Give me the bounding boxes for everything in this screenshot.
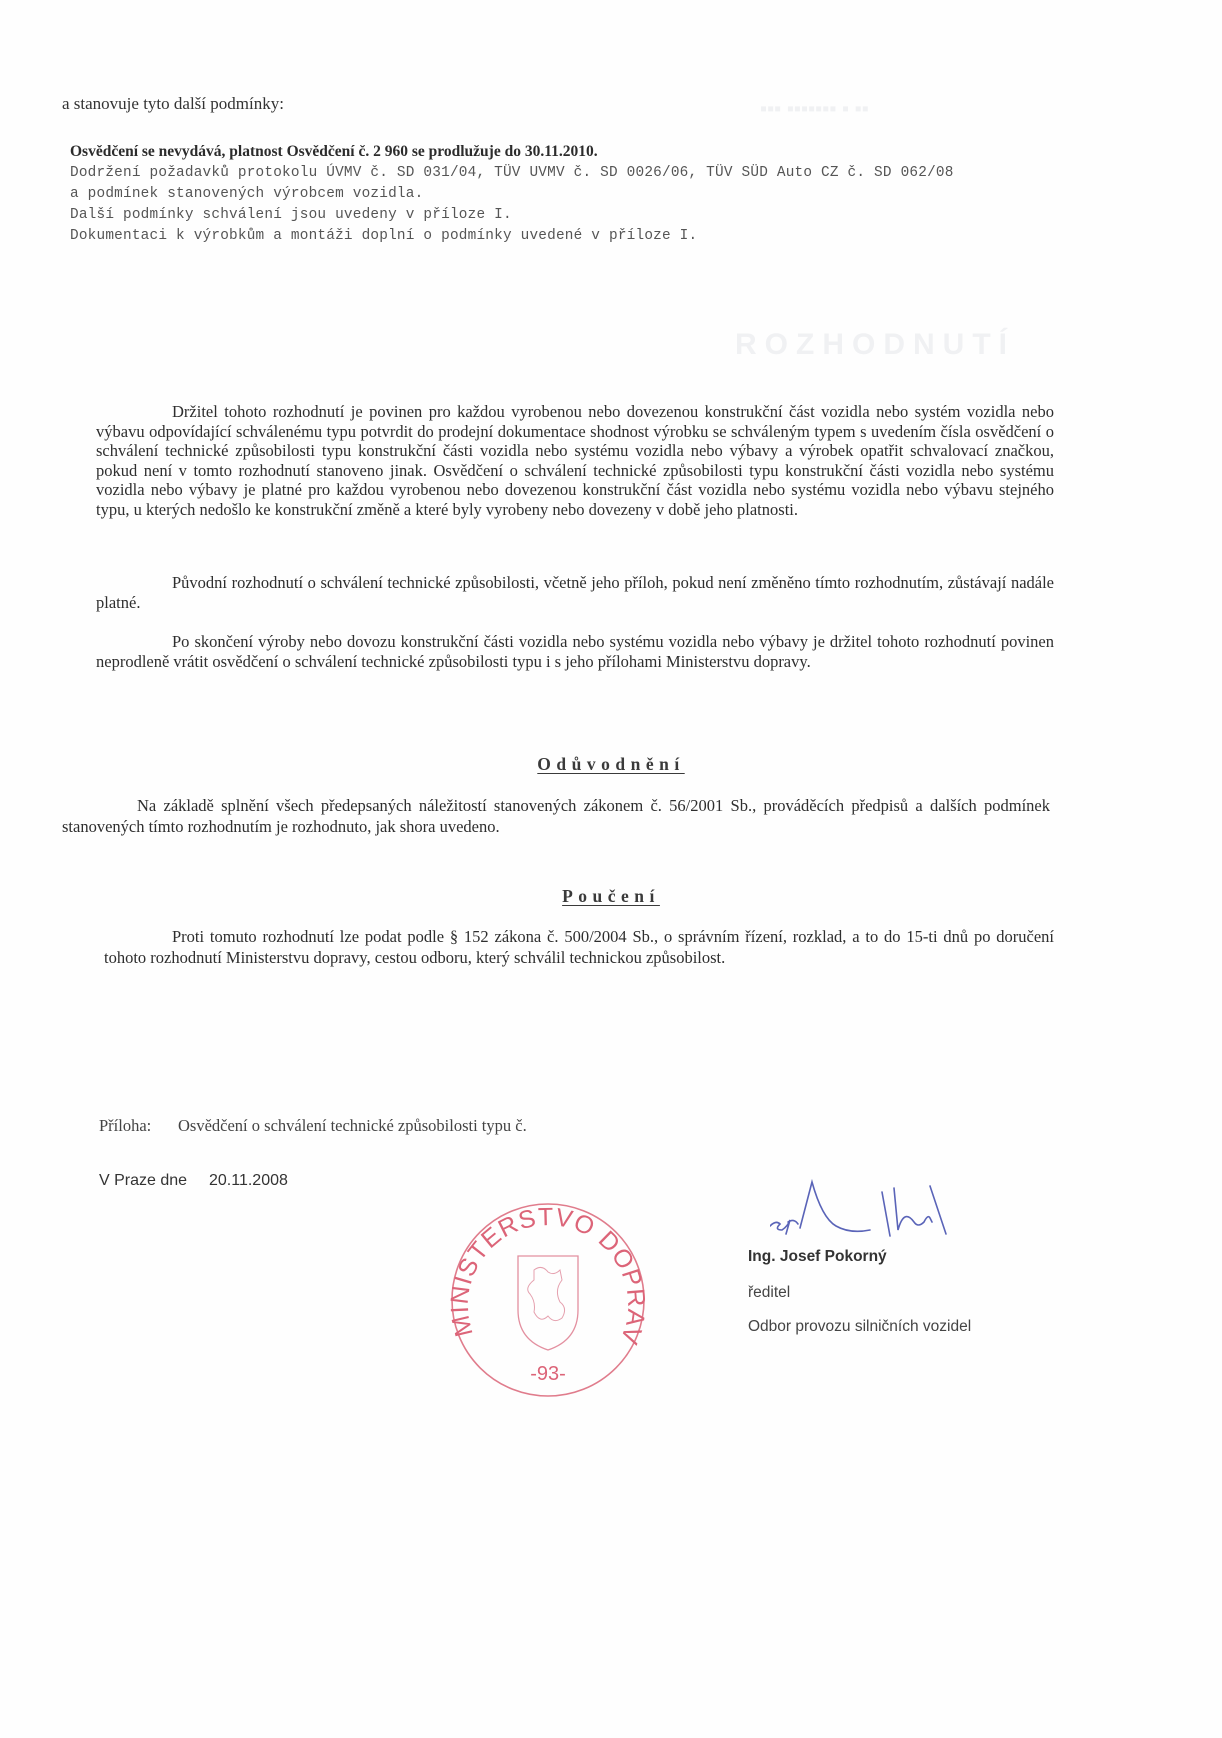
signer-department: Odbor provozu silničních vozidel: [748, 1318, 971, 1336]
instruction-heading: Poučení: [0, 886, 1222, 907]
document-page: ▪▪▪ ▪▪▪▪▪▪▪ ▪ ▪▪ ROZHODNUTÍ a stanovuje …: [0, 0, 1222, 1738]
attachment-value: Osvědčení o schválení technické způsobil…: [178, 1116, 527, 1135]
justification-paragraph: Na základě splnění všech předepsaných ná…: [62, 795, 1050, 837]
condition-line: Dokumentaci k výrobkům a montáži doplní …: [70, 226, 954, 247]
signer-name: Ing. Josef Pokorný: [748, 1248, 887, 1266]
attachment-label: Příloha:: [99, 1116, 178, 1136]
attachment-line: Příloha:Osvědčení o schválení technické …: [99, 1116, 527, 1136]
signature-icon: [770, 1178, 1000, 1248]
justification-heading: Odůvodnění: [0, 754, 1222, 775]
intro-text: a stanovuje tyto další podmínky:: [62, 94, 284, 114]
condition-line: Další podmínky schválení jsou uvedeny v …: [70, 205, 954, 226]
paragraph-text: Původní rozhodnutí o schválení technické…: [96, 573, 1054, 612]
place-date-line: V Praze dne20.11.2008: [99, 1172, 288, 1190]
paragraph-text: Po skončení výroby nebo dovozu konstrukč…: [96, 632, 1054, 671]
svg-text:MINISTERSTVO DOPRAVY: MINISTERSTVO DOPRAVY: [438, 1190, 650, 1348]
condition-line: Dodržení požadavků protokolu ÚVMV č. SD …: [70, 163, 954, 184]
svg-text:-93-: -93-: [530, 1363, 566, 1385]
ministry-stamp-icon: MINISTERSTVO DOPRAVY -93-: [438, 1190, 658, 1400]
paragraph-text: Proti tomuto rozhodnutí lze podat podle …: [104, 927, 1054, 967]
signer-title: ředitel: [748, 1284, 790, 1302]
bleed-through-text: ▪▪▪ ▪▪▪▪▪▪▪ ▪ ▪▪: [760, 98, 869, 121]
end-of-production-paragraph: Po skončení výroby nebo dovozu konstrukč…: [96, 632, 1054, 671]
holder-obligation-paragraph: Držitel tohoto rozhodnutí je povinen pro…: [96, 402, 1054, 520]
paragraph-text: Držitel tohoto rozhodnutí je povinen pro…: [96, 402, 1054, 519]
validity-extension-note: Osvědčení se nevydává, platnost Osvědčen…: [70, 143, 954, 161]
instruction-paragraph: Proti tomuto rozhodnutí lze podat podle …: [104, 926, 1054, 968]
condition-line: a podmínek stanovených výrobcem vozidla.: [70, 184, 954, 205]
place-label: V Praze dne: [99, 1172, 209, 1190]
bleed-through-text: ROZHODNUTÍ: [735, 328, 1015, 362]
original-decision-paragraph: Původní rozhodnutí o schválení technické…: [96, 573, 1054, 612]
issue-date: 20.11.2008: [209, 1172, 288, 1189]
conditions-block: Osvědčení se nevydává, platnost Osvědčen…: [70, 143, 954, 247]
paragraph-text: Na základě splnění všech předepsaných ná…: [62, 796, 1050, 836]
